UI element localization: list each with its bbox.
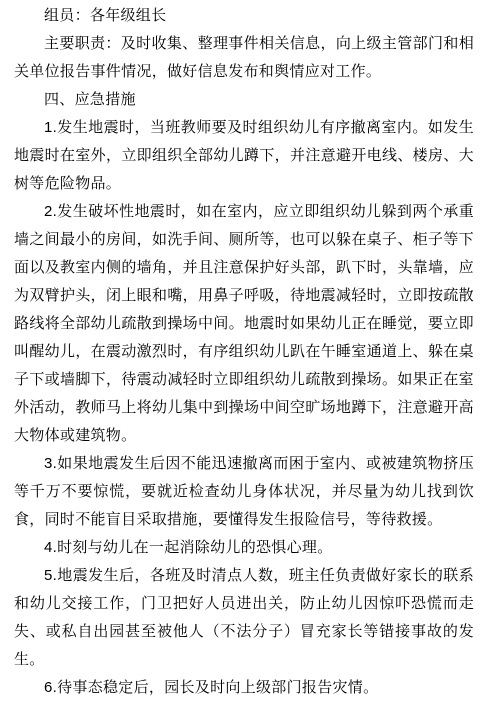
paragraph-measure-1: 1.发生地震时，当班教师要及时组织幼儿有序撤离室内。如发生地震时在室外，立即组织… (14, 114, 474, 198)
paragraph-measure-6: 6.待事态稳定后，园长及时向上级部门报告灾情。 (14, 674, 474, 702)
paragraph-measure-3: 3.如果地震发生后因不能迅速撤离而困于室内、或被建筑物挤压等千万不要惊慌，要就近… (14, 450, 474, 534)
section-heading-emergency-measures: 四、应急措施 (14, 86, 474, 114)
paragraph-measure-2: 2.发生破坏性地震时，如在室内，应立即组织幼儿躲到两个承重墙之间最小的房间，如洗… (14, 198, 474, 450)
paragraph-measure-4: 4.时刻与幼儿在一起消除幼儿的恐惧心理。 (14, 534, 474, 562)
paragraph-main-duties: 主要职责：及时收集、整理事件相关信息，向上级主管部门和相关单位报告事件情况，做好… (14, 30, 474, 86)
paragraph-measure-5: 5.地震发生后，各班及时清点人数，班主任负责做好家长的联系和幼儿交接工作，门卫把… (14, 562, 474, 674)
paragraph-members: 组员：各年级组长 (14, 2, 474, 30)
document-page: 组员：各年级组长 主要职责：及时收集、整理事件相关信息，向上级主管部门和相关单位… (0, 0, 504, 708)
